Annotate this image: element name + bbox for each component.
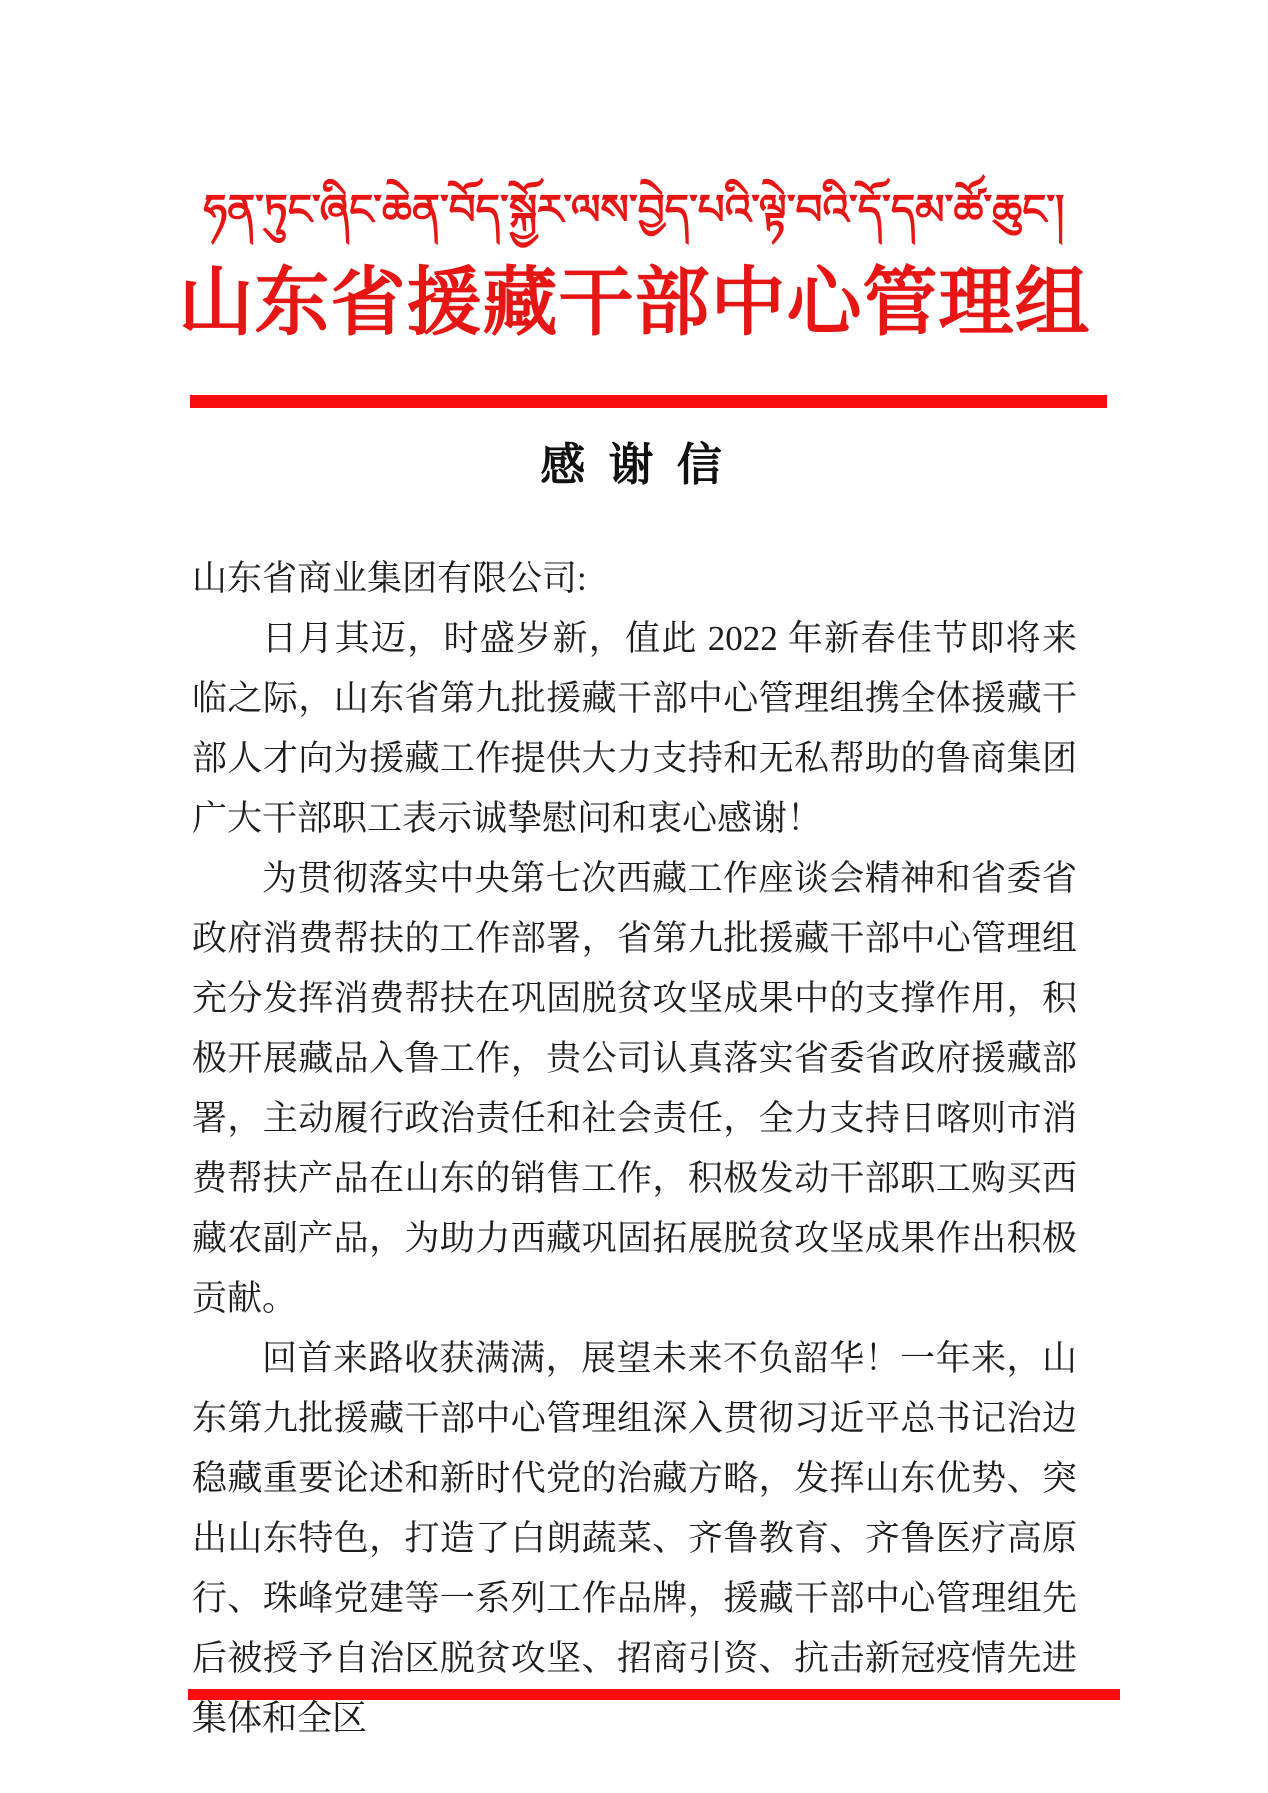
letterhead-org-name: 山东省援藏干部中心管理组 bbox=[177, 246, 1092, 362]
letter-body: 山东省商业集团有限公司: 日月其迈，时盛岁新，值此 2022 年新春佳节即将来临… bbox=[192, 549, 1077, 1749]
letterhead-divider-rule bbox=[190, 395, 1107, 408]
letterhead-tibetan-line: ཧན་ཏུང་ཞིང་ཆེན་བོད་སྐྱོར་ལས་བྱེད་པའི་ལྟེ… bbox=[174, 186, 1094, 236]
letter-paragraph-2: 为贯彻落实中央第七次西藏工作座谈会精神和省委省政府消费帮扶的工作部署，省第九批援… bbox=[192, 849, 1077, 1329]
letter-paragraph-3: 回首来路收获满满，展望未来不负韶华！一年来，山东第九批援藏干部中心管理组深入贯彻… bbox=[192, 1329, 1077, 1749]
letter-paragraph-1: 日月其迈，时盛岁新，值此 2022 年新春佳节即将来临之际，山东省第九批援藏干部… bbox=[192, 609, 1077, 849]
page-number: 1 bbox=[0, 1642, 1268, 1670]
letter-page: ཧན་ཏུང་ཞིང་ཆེན་བོད་སྐྱོར་ལས་བྱེད་པའི་ལྟེ… bbox=[0, 0, 1268, 1793]
footer-divider-rule bbox=[188, 1689, 1120, 1700]
letter-salutation: 山东省商业集团有限公司: bbox=[192, 549, 1077, 609]
letter-title: 感 谢 信 bbox=[0, 428, 1268, 493]
